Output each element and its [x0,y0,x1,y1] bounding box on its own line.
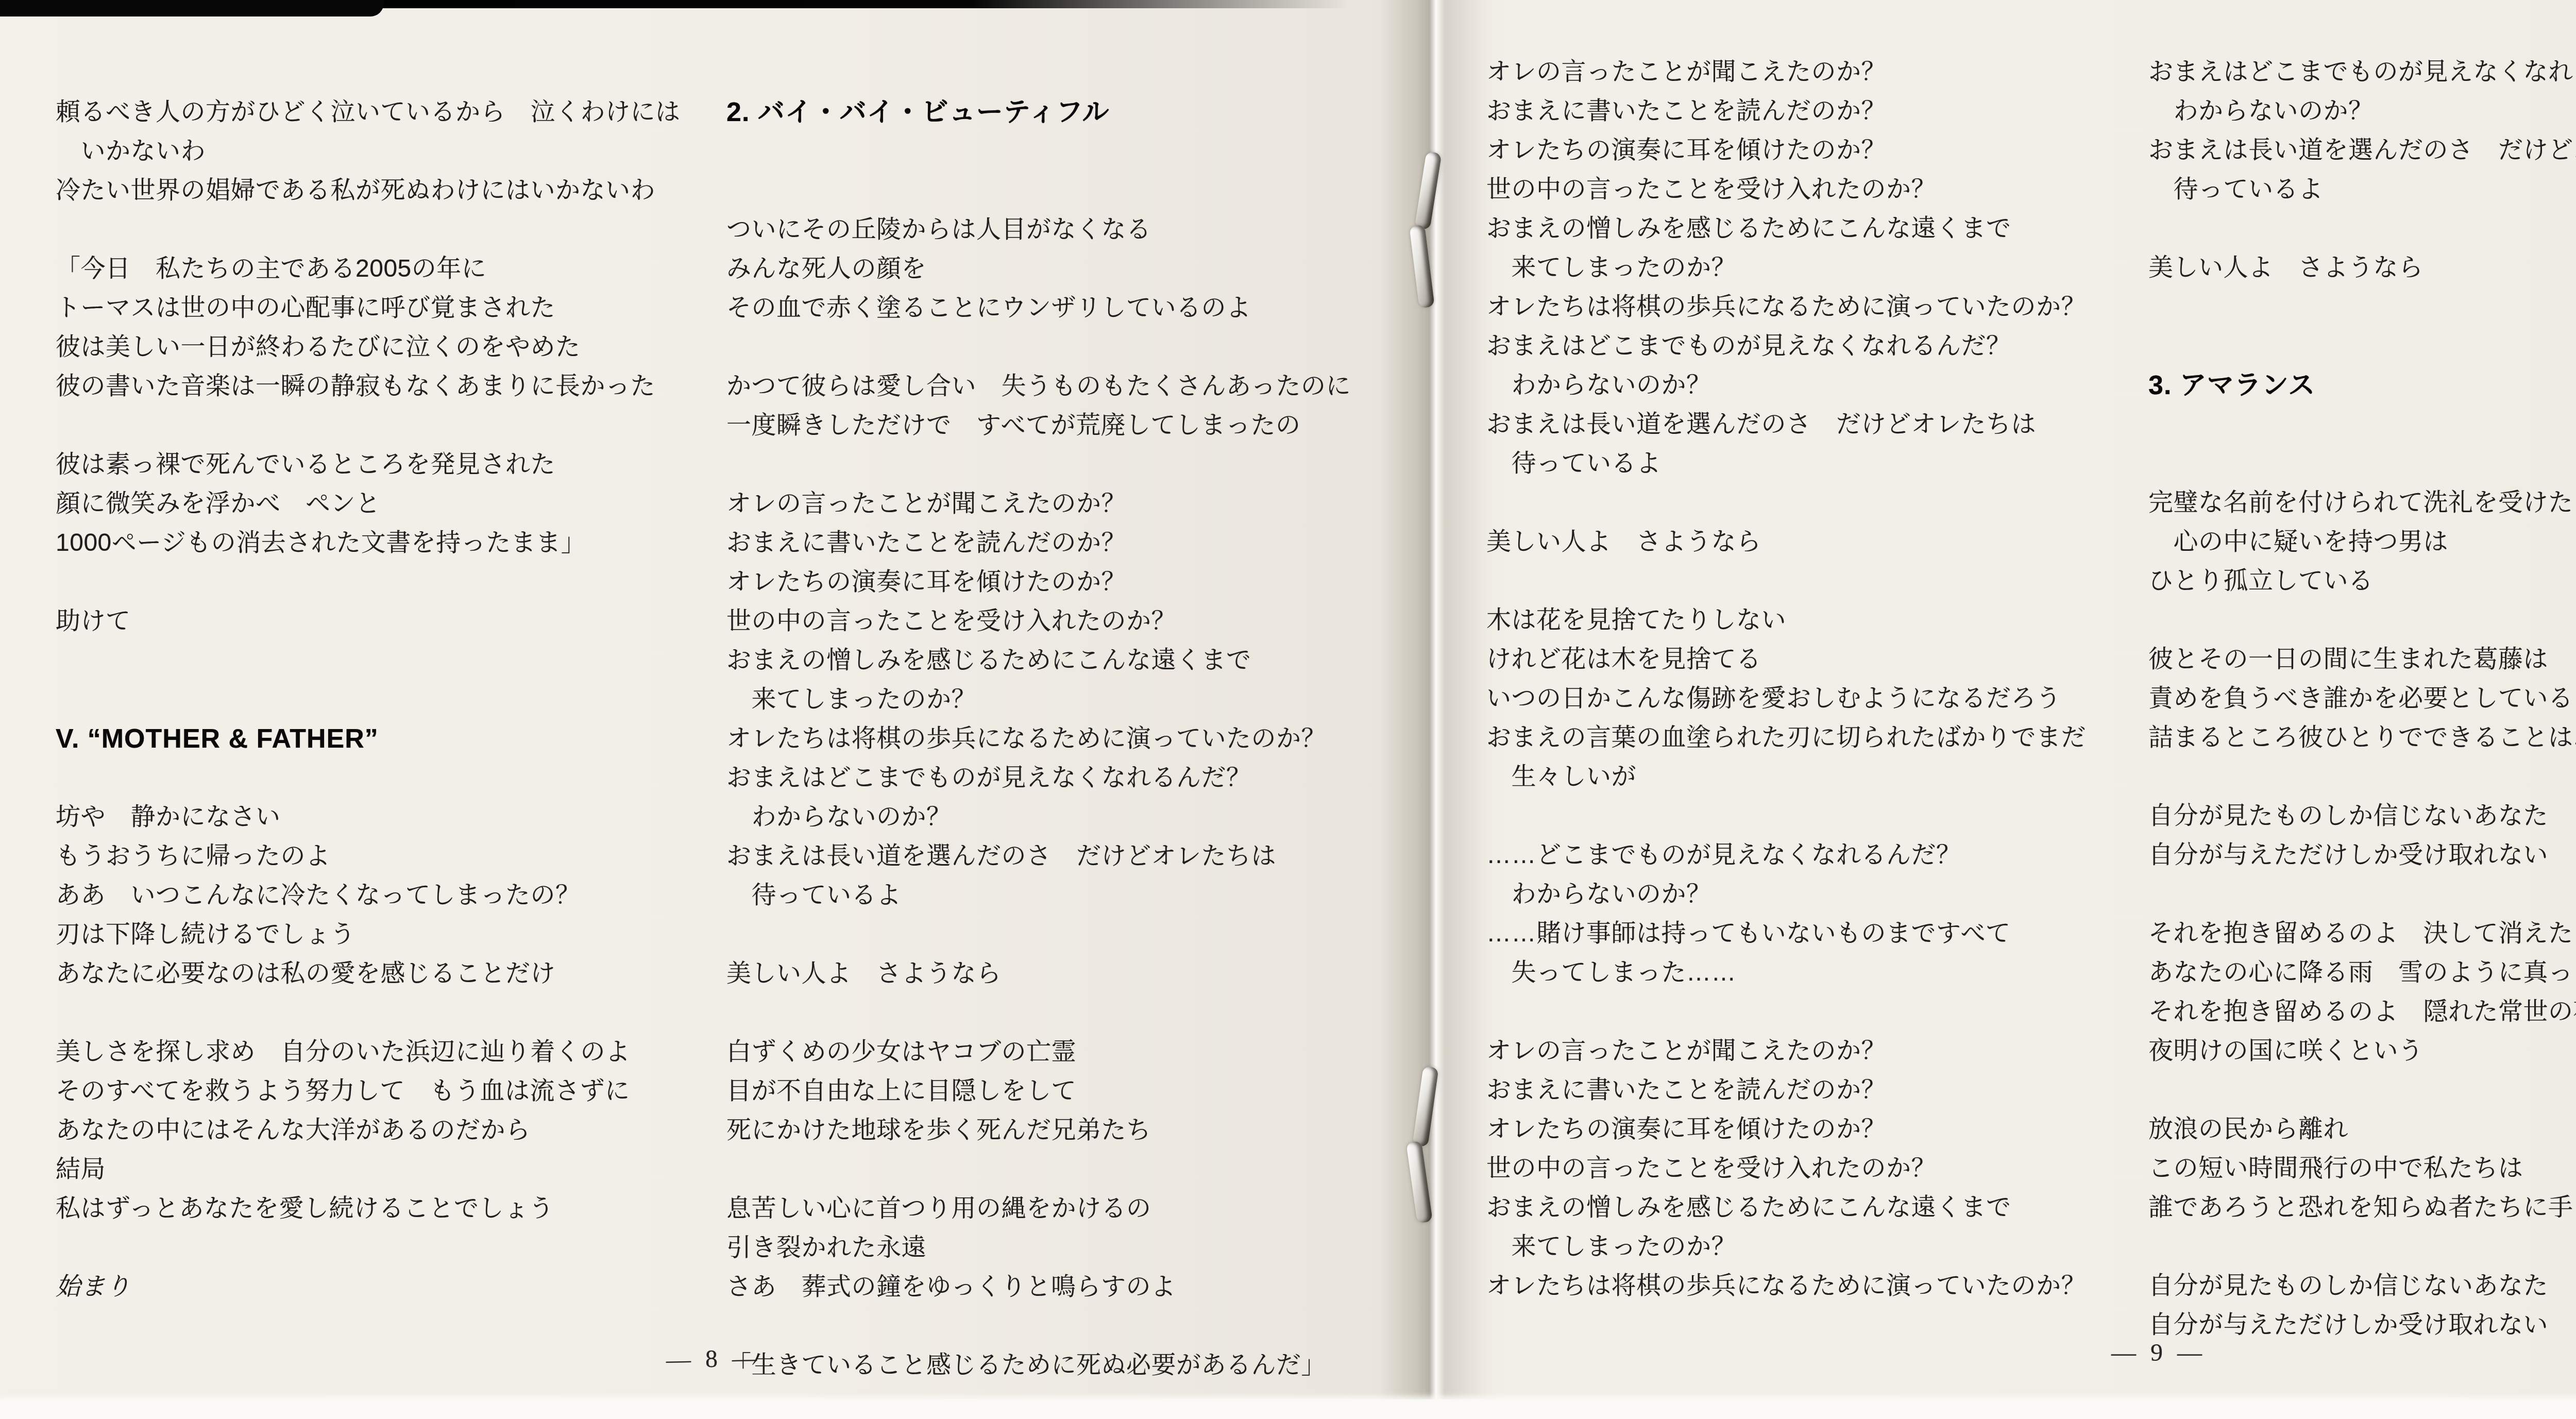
lyric-line: 目が不自由な上に目隠しをして [726,1072,1412,1111]
blank-line [56,1228,725,1268]
lyric-line: 結局 [56,1150,725,1189]
lyric-line: いつの日かこんな傷跡を愛おしむようになるだろう [1486,679,2141,718]
lyric-line: 夜明けの国に咲くという [2148,1032,2576,1071]
lyric-line: 木は花を見捨てたりしない [1486,601,2141,640]
blank-line [56,993,725,1033]
lyric-line: 助けて [56,602,725,641]
lyric-line: オレの言ったことが聞こえたのか？ [1486,1032,2141,1071]
blank-line [2148,1227,2576,1266]
lyric-line: 顔に微笑みを浮かべ ペンと [56,484,725,523]
lyric-line: ああ いつこんなに冷たくなってしまったの？ [56,876,725,915]
blank-line [726,132,1412,171]
lyric-line: おまえに書いたことを読んだのか？ [726,523,1412,563]
lyric-line: 美しい人よ さようなら [726,954,1412,993]
blank-line [726,171,1412,210]
lyric-line: 世の中の言ったことを受け入れたのか？ [726,602,1412,641]
blank-line [2148,757,2576,797]
blank-line [2148,1071,2576,1110]
lyric-line: わからないのか？ [2148,92,2576,131]
lyric-line: おまえに書いたことを読んだのか？ [1486,1071,2141,1110]
page-number-9: — 9 — [2076,1333,2241,1373]
staple-leg [1412,1066,1438,1147]
lyric-line: おまえは長い道を選んだのさ だけどオレたちは [2148,131,2576,170]
lyric-line: 来てしまったのか？ [726,680,1412,719]
lyric-line: 美しさを探し求め 自分のいた浜辺に辿り着くのよ [56,1033,725,1072]
lyric-line: 失ってしまった…… [1486,953,2141,992]
blank-line [1486,562,2141,601]
lyric-line: 始まり [56,1268,725,1307]
lyric-line: オレたちは将棋の歩兵になるために演っていたのか？ [1486,1266,2141,1306]
blank-line [726,328,1412,367]
lyric-line: 彼は美しい一日が終わるたびに泣くのをやめた [56,328,725,367]
blank-line [56,406,725,445]
staple-leg [1409,225,1434,308]
lyric-line: 世の中の言ったことを受け入れたのか？ [1486,1149,2141,1188]
lyric-line: おまえの憎しみを感じるためにこんな遠くまで [726,641,1412,680]
lyric-line: 待っているよ [2148,170,2576,209]
blank-line [726,1307,1412,1346]
lyric-line: 引き裂かれた永遠 [726,1228,1412,1268]
lyric-line: おまえはどこまでものが見えなくなれるんだ？ [1486,327,2141,366]
lyric-line: ついにその丘陵からは人目がなくなる [726,210,1412,249]
staple-leg [1414,151,1442,230]
lyric-line: 私はずっとあなたを愛し続けることでしょう [56,1189,725,1228]
lyric-line: 完璧な名前を付けられて洗礼を受けた [2148,483,2576,522]
song-title-heading: V. “MOTHER & FATHER” [56,719,725,758]
lyric-line: もうおうちに帰ったのよ [56,837,725,876]
lyric-line: この短い時間飛行の中で私たちは [2148,1149,2576,1188]
lyric-line: 責めを負うべき誰かを必要としている [2148,679,2576,718]
lyric-line: 「生きていること感じるために死ぬ必要があるんだ」 [726,1346,1412,1385]
lyric-line: オレたちは将棋の歩兵になるために演っていたのか？ [1486,288,2141,327]
lyric-line: 自分が見たものしか信じないあなた [2148,1266,2576,1306]
lyric-line: そのすべてを救うよう努力して もう血は流さずに [56,1072,725,1111]
page-number-8: — 8 — [631,1338,796,1381]
lyric-line: おまえはどこまでものが見えなくなれるんだ？ [2148,53,2576,92]
lyric-line: わからないのか？ [1486,875,2141,914]
lyric-line: それを抱き留めるのよ 隠れた常世の花＊ [2148,992,2576,1032]
lyric-line: 刃は下降し続けるでしょう [56,915,725,954]
lyric-line: 生々しいが [1486,757,2141,797]
staple-leg [1406,1141,1433,1224]
lyric-line: 自分が見たものしか信じないあなた [2148,797,2576,836]
blank-line [2148,327,2576,366]
lyric-line: おまえは長い道を選んだのさ だけどオレたちは [726,837,1412,876]
lyric-line: かつて彼らは愛し合い 失うものもたくさんあったのに [726,367,1412,406]
lyric-line: 「今日 私たちの主である2005の年に [56,249,725,289]
blank-line [56,680,725,719]
lyric-line: トーマスは世の中の心配事に呼び覚まされた [56,289,725,328]
lyric-line: あなたの中にはそんな大洋があるのだから [56,1111,725,1150]
scan-background-bottom-edge [0,1399,2576,1419]
lyric-line: 彼とその一日の間に生まれた葛藤は [2148,640,2576,679]
blank-line [726,445,1412,484]
lyric-line: さあ 葬式の鐘をゆっくりと鳴らすのよ [726,1268,1412,1307]
lyric-line: おまえはどこまでものが見えなくなれるんだ？ [726,758,1412,798]
lyric-line: 世の中の言ったことを受け入れたのか？ [1486,170,2141,209]
page9-column-left: オレの言ったことが聞こえたのか？おまえに書いたことを読んだのか？オレたちの演奏に… [1486,53,2141,1306]
page8-column-right: 2. バイ・バイ・ビューティフルついにその丘陵からは人目がなくなるみんな死人の顔… [726,93,1412,1385]
blank-line [726,993,1412,1033]
lyric-line: 死にかけた地球を歩く死んだ兄弟たち [726,1111,1412,1150]
lyric-line: 白ずくめの少女はヤコブの亡霊 [726,1033,1412,1072]
lyric-line: わからないのか？ [726,798,1412,837]
lyric-line: 1000ページもの消去された文書を持ったまま」 [56,523,725,563]
lyric-line: おまえの言葉の血塗られた刃に切られたばかりでまだ [1486,718,2141,757]
lyric-line: おまえは長い道を選んだのさ だけどオレたちは [1486,405,2141,444]
blank-line [1486,992,2141,1032]
lyric-line: オレたちの演奏に耳を傾けたのか？ [726,563,1412,602]
song-title-heading: 2. バイ・バイ・ビューティフル [726,93,1412,132]
blank-line [56,641,725,680]
lyric-line: 息苦しい心に首つり用の縄をかけるの [726,1189,1412,1228]
lyric-line: ……賭け事師は持ってもいないものまですべて [1486,914,2141,953]
lyric-line: それを抱き留めるのよ 決して消えたりしないものを [2148,914,2576,953]
lyric-line: ひとり孤立している [2148,562,2576,601]
lyric-line: 待っているよ [726,876,1412,915]
lyric-line: ……どこまでものが見えなくなれるんだ？ [1486,836,2141,875]
lyric-line: あなたの心に降る雨 雪のように真っ白な悲しみの涙 [2148,953,2576,992]
lyric-line: 待っているよ [1486,444,2141,483]
blank-line [2148,209,2576,248]
lyric-line: 彼の書いた音楽は一瞬の静寂もなくあまりに長かった [56,367,725,406]
staple-top-icon [1409,152,1450,307]
lyric-line: 冷たい世界の娼婦である私が死ぬわけにはいかないわ [56,171,725,210]
lyric-line: 自分が与えただけしか受け取れない [2148,836,2576,875]
blank-line [56,210,725,249]
lyric-line: 来てしまったのか？ [1486,248,2141,288]
page9-column-right: おまえはどこまでものが見えなくなれるんだ？ わからないのか？おまえは長い道を選ん… [2148,53,2576,1345]
staple-bottom-icon [1408,1067,1449,1221]
scan-artifact-top-left-corner [0,0,384,16]
blank-line [2148,601,2576,640]
lyric-line: わからないのか？ [1486,366,2141,405]
lyric-line: おまえの憎しみを感じるためにこんな遠くまで [1486,209,2141,248]
lyric-line: 放浪の民から離れ [2148,1110,2576,1149]
lyric-line: 詰まるところ彼ひとりでできることはわずか [2148,718,2576,757]
lyric-line: 誰であろうと恐れを知らぬ者たちに手を伸ばす [2148,1188,2576,1227]
blank-line [726,1150,1412,1189]
lyric-line: おまえに書いたことを読んだのか？ [1486,92,2141,131]
lyric-line: オレの言ったことが聞こえたのか？ [726,484,1412,523]
lyric-line: 美しい人よ さようなら [1486,522,2141,562]
lyric-line: 一度瞬きしただけで すべてが荒廃してしまったの [726,406,1412,445]
blank-line [1486,483,2141,522]
lyric-line: その血で赤く塗ることにウンザリしているのよ [726,289,1412,328]
lyric-line: オレたちは将棋の歩兵になるために演っていたのか？ [726,719,1412,758]
blank-line [56,758,725,798]
page8-column-left: 頼るべき人の方がひどく泣いているから 泣くわけには いかないわ冷たい世界の娼婦で… [56,93,725,1307]
lyric-line: みんな死人の顔を [726,249,1412,289]
lyric-line: 頼るべき人の方がひどく泣いているから 泣くわけには [56,93,725,132]
lyric-line: 美しい人よ さようなら [2148,248,2576,288]
song-title-heading: 3. アマランス [2148,366,2576,405]
blank-line [2148,444,2576,483]
lyric-line: オレたちの演奏に耳を傾けたのか？ [1486,131,2141,170]
lyric-line: 来てしまったのか？ [1486,1227,2141,1266]
blank-line [726,915,1412,954]
lyric-line: 心の中に疑いを持つ男は [2148,522,2576,562]
lyric-line: 彼は素っ裸で死んでいるところを発見された [56,445,725,484]
blank-line [56,563,725,602]
blank-line [2148,288,2576,327]
lyric-line: 坊や 静かになさい [56,798,725,837]
lyric-line: いかないわ [56,132,725,171]
blank-line [2148,405,2576,444]
lyric-line: オレたちの演奏に耳を傾けたのか？ [1486,1110,2141,1149]
blank-line [2148,875,2576,914]
lyric-line: あなたに必要なのは私の愛を感じることだけ [56,954,725,993]
lyric-line: けれど花は木を見捨てる [1486,640,2141,679]
lyric-line: オレの言ったことが聞こえたのか？ [1486,53,2141,92]
blank-line [1486,797,2141,836]
lyric-line: おまえの憎しみを感じるためにこんな遠くまで [1486,1188,2141,1227]
